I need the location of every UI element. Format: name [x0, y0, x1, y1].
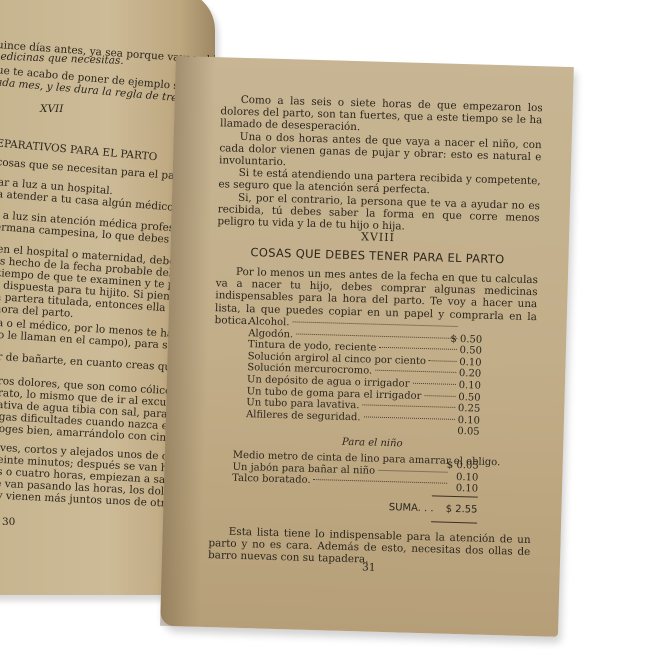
supplies-prices: $ 0.500.500.100.200.100.500.250.100.05: [433, 333, 482, 439]
total-rule-top: [432, 495, 478, 497]
right-page: Como a las seis o siete horas de que emp…: [160, 56, 574, 637]
total-label: SUMA. . .: [389, 502, 434, 515]
total-value: $ 2.55: [445, 504, 477, 517]
text-line: XVII: [40, 103, 63, 115]
intro-text: Como a las seis o siete horas de que emp…: [217, 93, 543, 236]
total-rule-bottom: [431, 521, 477, 523]
item-name: Alfileres de seguridad.: [246, 409, 361, 424]
baby-list: Medio metro de cinta de lino para amarra…: [210, 449, 533, 493]
supplies-items: Alcohol.Algodón.Tintura de yodo, recient…: [246, 316, 461, 426]
item-price: 0.05: [433, 426, 479, 439]
dot-leader: [292, 321, 457, 327]
open-book: s quince días antes, ya sea porque vayas…: [0, 0, 650, 650]
supplies-list: Alcohol.Algodón.Tintura de yodo, recient…: [212, 315, 537, 428]
text-line: 30: [2, 516, 15, 528]
item-name: Talco boratado.: [232, 473, 311, 487]
dot-leader: [314, 479, 448, 484]
section-title: COSAS QUE DEBES TENER PARA EL PARTO: [216, 245, 538, 266]
baby-prices: $ 0.050.100.10: [432, 459, 479, 495]
baby-items: Medio metro de cinta de lino para amarra…: [232, 450, 451, 491]
total: SUMA. . . $ 2.55: [349, 501, 477, 517]
item-price: 0.10: [432, 483, 478, 496]
dot-leader: [296, 333, 457, 338]
